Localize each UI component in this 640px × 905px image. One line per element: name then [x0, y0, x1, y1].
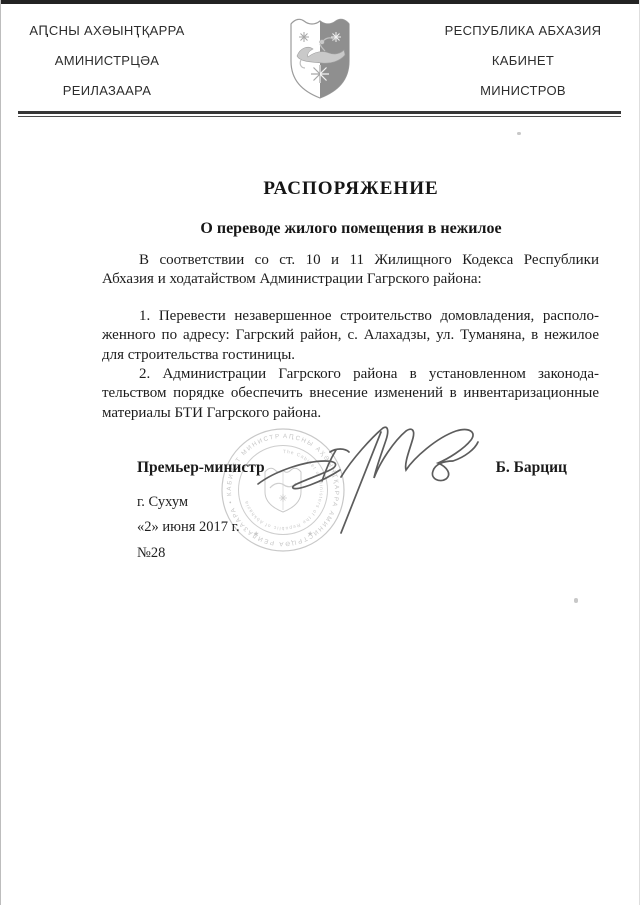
- scan-speck: [574, 598, 578, 603]
- body-line: 1. Перевести незавершенное строительство…: [102, 307, 599, 326]
- abkhazia-coat-of-arms-icon: [287, 16, 353, 100]
- handwritten-signature: [245, 416, 490, 541]
- paragraph: В соответствии со ст. 10 и 11 Жилищного …: [102, 251, 599, 290]
- body-line: Абхазия и ходатайством Администрации Гаг…: [102, 270, 599, 289]
- header-left-line-3: РЕИЛАЗААРА: [2, 76, 212, 106]
- body-line: для строительства гостиницы.: [102, 346, 599, 365]
- header-left-line-1: АԤСНЫ АХӘЫНҬҚАРРА: [2, 16, 212, 46]
- body-line: 2. Администрации Гагрского района в уста…: [102, 365, 599, 384]
- header-divider-rule: [18, 111, 621, 117]
- header-left-column: АԤСНЫ АХӘЫНҬҚАРРА АМИНИСТРЦӘА РЕИЛАЗААРА: [2, 16, 212, 106]
- body-line: В соответствии со ст. 10 и 11 Жилищного …: [102, 251, 599, 270]
- header-right-line-3: МИНИСТРОВ: [418, 76, 628, 106]
- document-city: г. Сухум: [137, 494, 188, 511]
- signer-position-title: Премьер-министр: [137, 459, 265, 477]
- document-date: «2» июня 2017 г.: [137, 519, 240, 536]
- paragraph: 1. Перевести незавершенное строительство…: [102, 307, 599, 365]
- document-body: В соответствии со ст. 10 и 11 Жилищного …: [102, 251, 599, 423]
- body-line: тельством порядке обеспечить внесение из…: [102, 384, 599, 403]
- signer-name: Б. Барциц: [440, 459, 567, 477]
- document-subtitle: О переводе жилого помещения в нежилое: [103, 220, 599, 238]
- scan-top-edge-bar: [0, 0, 640, 4]
- document-number: №28: [137, 545, 165, 562]
- scan-left-edge-line: [0, 0, 1, 905]
- header-right-line-2: КАБИНЕТ: [418, 46, 628, 76]
- paragraph: 2. Администрации Гагрского района в уста…: [102, 365, 599, 423]
- document-title: РАСПОРЯЖЕНИЕ: [103, 178, 599, 200]
- header-right-line-1: РЕСПУБЛИКА АБХАЗИЯ: [418, 16, 628, 46]
- body-line: женного по адресу: Гагрский район, с. Ал…: [102, 326, 599, 345]
- scan-speck: [517, 132, 521, 135]
- header-right-column: РЕСПУБЛИКА АБХАЗИЯ КАБИНЕТ МИНИСТРОВ: [418, 16, 628, 106]
- scanned-document-page: { "header": { "left_lines": ["АԤСНЫ АХӘЫ…: [0, 0, 640, 905]
- header-left-line-2: АМИНИСТРЦӘА: [2, 46, 212, 76]
